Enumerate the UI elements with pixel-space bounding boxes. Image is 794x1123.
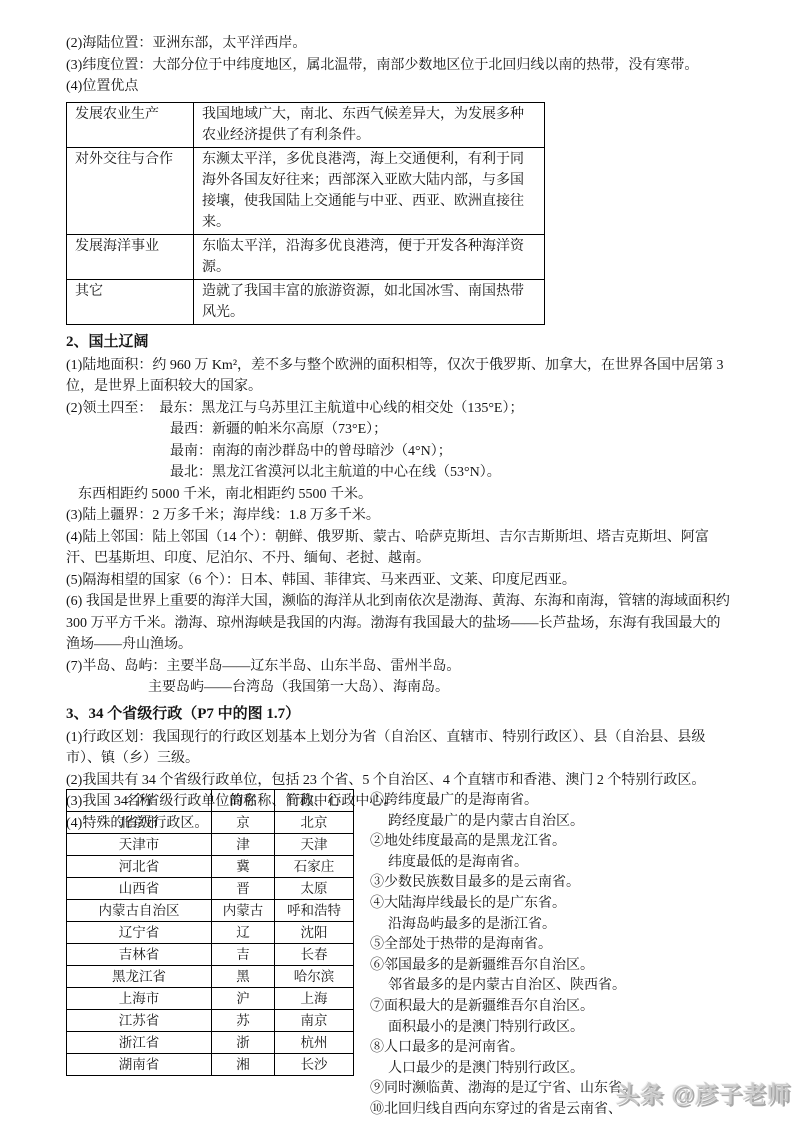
advantage-text-cell: 造就了我国丰富的旅游资源，如北国冰雪、南国热带风光。	[194, 279, 545, 324]
advantage-label-cell: 其它	[67, 279, 194, 324]
fact-line: 沿海岛屿最多的是浙江省。	[388, 915, 766, 936]
province-facts-list: ①跨纬度最广的是海南省。跨经度最广的是内蒙古自治区。②地处纬度最高的是黑龙江省。…	[370, 791, 766, 1121]
province-row: 浙江省浙杭州	[67, 1032, 354, 1054]
province-row: 上海市沪上海	[67, 988, 354, 1010]
province-capital-cell: 呼和浩特	[275, 900, 354, 922]
province-abbr-cell: 津	[212, 834, 275, 856]
admin-line: (2)我国共有 34 个省级行政单位，包括 23 个省、5 个自治区、4 个直辖…	[66, 770, 734, 792]
territory-paragraphs: (1)陆地面积：约 960 万 Km²，差不多与整个欧洲的面积相等，仅次于俄罗斯…	[66, 355, 734, 699]
sea-land-position-line: (2)海陆位置：亚洲东部，太平洋西岸。	[66, 33, 734, 55]
province-abbr-cell: 沪	[212, 988, 275, 1010]
province-capital-cell: 太原	[275, 878, 354, 900]
fact-line: ⑥邻国最多的是新疆维吾尔自治区。	[370, 956, 766, 977]
location-advantage-table: 发展农业生产我国地域广大，南北、东西气候差异大，为发展多种农业经济提供了有利条件…	[66, 102, 545, 325]
province-row: 天津市津天津	[67, 834, 354, 856]
territory-line: (1)陆地面积：约 960 万 Km²，差不多与整个欧洲的面积相等，仅次于俄罗斯…	[66, 355, 734, 398]
territory-line: 主要岛屿——台湾岛（我国第一大岛）、海南岛。	[148, 677, 734, 699]
province-row: 吉林省吉长春	[67, 944, 354, 966]
province-abbr-cell: 苏	[212, 1010, 275, 1032]
territory-line: 最西：新疆的帕米尔高原（73°E）；	[170, 419, 734, 441]
province-abbr-cell: 内蒙古	[212, 900, 275, 922]
province-capital-cell: 南京	[275, 1010, 354, 1032]
territory-line: (7)半岛、岛屿：主要半岛——辽东半岛、山东半岛、雷州半岛。	[66, 656, 734, 678]
province-capital-cell: 沈阳	[275, 922, 354, 944]
territory-line: (3)陆上疆界：2 万多千米；海岸线：1.8 万多千米。	[66, 505, 734, 527]
fact-line: ①跨纬度最广的是海南省。	[370, 791, 766, 812]
province-abbr-cell: 湘	[212, 1054, 275, 1076]
fact-line: ②地处纬度最高的是黑龙江省。	[370, 832, 766, 853]
territory-line: (6) 我国是世界上重要的海洋大国，濒临的海洋从北到南依次是渤海、黄海、东海和南…	[66, 591, 734, 656]
advantage-text-cell: 东濒太平洋，多优良港湾，海上交通便利，有利于同海外各国友好往来；西部深入亚欧大陆…	[194, 147, 545, 234]
province-abbr-cell: 吉	[212, 944, 275, 966]
fact-line: 邻省最多的是内蒙古自治区、陕西省。	[388, 976, 766, 997]
territory-line: (4)陆上邻国：陆上邻国（14 个）：朝鲜、俄罗斯、蒙古、哈萨克斯坦、吉尔吉斯斯…	[66, 527, 734, 570]
advantage-text-cell: 东临太平洋，沿海多优良港湾，便于开发各种海洋资源。	[194, 234, 545, 279]
bottom-section: 名称简称行政中心 北京市京北京天津市津天津河北省冀石家庄山西省晋太原内蒙古自治区…	[66, 789, 766, 1121]
fact-line: ⑦面积最大的是新疆维吾尔自治区。	[370, 997, 766, 1018]
section2-heading: 2、国土辽阔	[66, 331, 734, 353]
fact-line: 跨经度最广的是内蒙古自治区。	[388, 812, 766, 833]
advantage-text-cell: 我国地域广大，南北、东西气候差异大，为发展多种农业经济提供了有利条件。	[194, 102, 545, 147]
advantage-row: 发展海洋事业东临太平洋，沿海多优良港湾，便于开发各种海洋资源。	[67, 234, 545, 279]
province-row: 内蒙古自治区内蒙古呼和浩特	[67, 900, 354, 922]
province-name-cell: 上海市	[67, 988, 212, 1010]
province-abbr-cell: 辽	[212, 922, 275, 944]
province-name-cell: 天津市	[67, 834, 212, 856]
fact-line: ④大陆海岸线最长的是广东省。	[370, 894, 766, 915]
province-name-cell: 辽宁省	[67, 922, 212, 944]
territory-line: 最北：黑龙江省漠河以北主航道的中心在线（53°N）。	[170, 462, 734, 484]
advantage-label-cell: 发展海洋事业	[67, 234, 194, 279]
province-capital-cell: 石家庄	[275, 856, 354, 878]
fact-line: ⑤全部处于热带的是海南省。	[370, 935, 766, 956]
territory-line: 最南：南海的南沙群岛中的曾母暗沙（4°N）；	[170, 441, 734, 463]
province-capital-cell: 北京	[275, 812, 354, 834]
province-abbr-cell: 京	[212, 812, 275, 834]
fact-line: 面积最小的是澳门特别行政区。	[388, 1018, 766, 1039]
province-name-cell: 江苏省	[67, 1010, 212, 1032]
province-abbr-cell: 浙	[212, 1032, 275, 1054]
fact-line: ③少数民族数目最多的是云南省。	[370, 873, 766, 894]
province-table: 名称简称行政中心 北京市京北京天津市津天津河北省冀石家庄山西省晋太原内蒙古自治区…	[66, 789, 354, 1076]
province-capital-cell: 哈尔滨	[275, 966, 354, 988]
province-abbr-cell: 冀	[212, 856, 275, 878]
territory-line: (2)领土四至： 最东：黑龙江与乌苏里江主航道中心线的相交处（135°E）；	[66, 398, 734, 420]
fact-line: 纬度最低的是海南省。	[388, 853, 766, 874]
province-name-cell: 黑龙江省	[67, 966, 212, 988]
province-row: 山西省晋太原	[67, 878, 354, 900]
province-capital-cell: 长沙	[275, 1054, 354, 1076]
province-row: 湖南省湘长沙	[67, 1054, 354, 1076]
province-row: 江苏省苏南京	[67, 1010, 354, 1032]
admin-line: (1)行政区划：我国现行的行政区划基本上划分为省（自治区、直辖市、特别行政区）、…	[66, 727, 734, 770]
province-name-cell: 吉林省	[67, 944, 212, 966]
province-abbr-cell: 晋	[212, 878, 275, 900]
province-row: 黑龙江省黑哈尔滨	[67, 966, 354, 988]
province-capital-cell: 天津	[275, 834, 354, 856]
province-row: 河北省冀石家庄	[67, 856, 354, 878]
province-capital-cell: 长春	[275, 944, 354, 966]
province-name-cell: 湖南省	[67, 1054, 212, 1076]
latitude-position-line: (3)纬度位置：大部分位于中纬度地区，属北温带，南部少数地区位于北回归线以南的热…	[66, 55, 734, 77]
advantage-label-cell: 对外交往与合作	[67, 147, 194, 234]
territory-line: 东西相距约 5000 千米，南北相距约 5500 千米。	[78, 484, 734, 506]
advantage-row: 发展农业生产我国地域广大，南北、东西气候差异大，为发展多种农业经济提供了有利条件…	[67, 102, 545, 147]
province-abbr-cell: 黑	[212, 966, 275, 988]
province-table-header: 名称	[67, 790, 212, 812]
province-table-header-row: 名称简称行政中心	[67, 790, 354, 812]
province-table-header: 行政中心	[275, 790, 354, 812]
section3-heading: 3、34 个省级行政（P7 中的图 1.7）	[66, 703, 734, 725]
province-name-cell: 北京市	[67, 812, 212, 834]
advantage-row: 对外交往与合作东濒太平洋，多优良港湾，海上交通便利，有利于同海外各国友好往来；西…	[67, 147, 545, 234]
province-table-header: 简称	[212, 790, 275, 812]
province-row: 北京市京北京	[67, 812, 354, 834]
advantage-row: 其它造就了我国丰富的旅游资源，如北国冰雪、南国热带风光。	[67, 279, 545, 324]
province-capital-cell: 上海	[275, 988, 354, 1010]
province-capital-cell: 杭州	[275, 1032, 354, 1054]
main-content: (2)海陆位置：亚洲东部，太平洋西岸。 (3)纬度位置：大部分位于中纬度地区，属…	[66, 33, 734, 834]
location-advantage-title: (4)位置优点	[66, 76, 734, 98]
document-page: (2)海陆位置：亚洲东部，太平洋西岸。 (3)纬度位置：大部分位于中纬度地区，属…	[0, 0, 794, 1123]
province-name-cell: 浙江省	[67, 1032, 212, 1054]
province-name-cell: 山西省	[67, 878, 212, 900]
fact-line: ⑧人口最多的是河南省。	[370, 1038, 766, 1059]
territory-line: (5)隔海相望的国家（6 个）：日本、韩国、菲律宾、马来西亚、文莱、印度尼西亚。	[66, 570, 734, 592]
province-name-cell: 内蒙古自治区	[67, 900, 212, 922]
advantage-label-cell: 发展农业生产	[67, 102, 194, 147]
watermark: 头条 @彦子老师	[616, 1076, 791, 1109]
province-row: 辽宁省辽沈阳	[67, 922, 354, 944]
province-name-cell: 河北省	[67, 856, 212, 878]
